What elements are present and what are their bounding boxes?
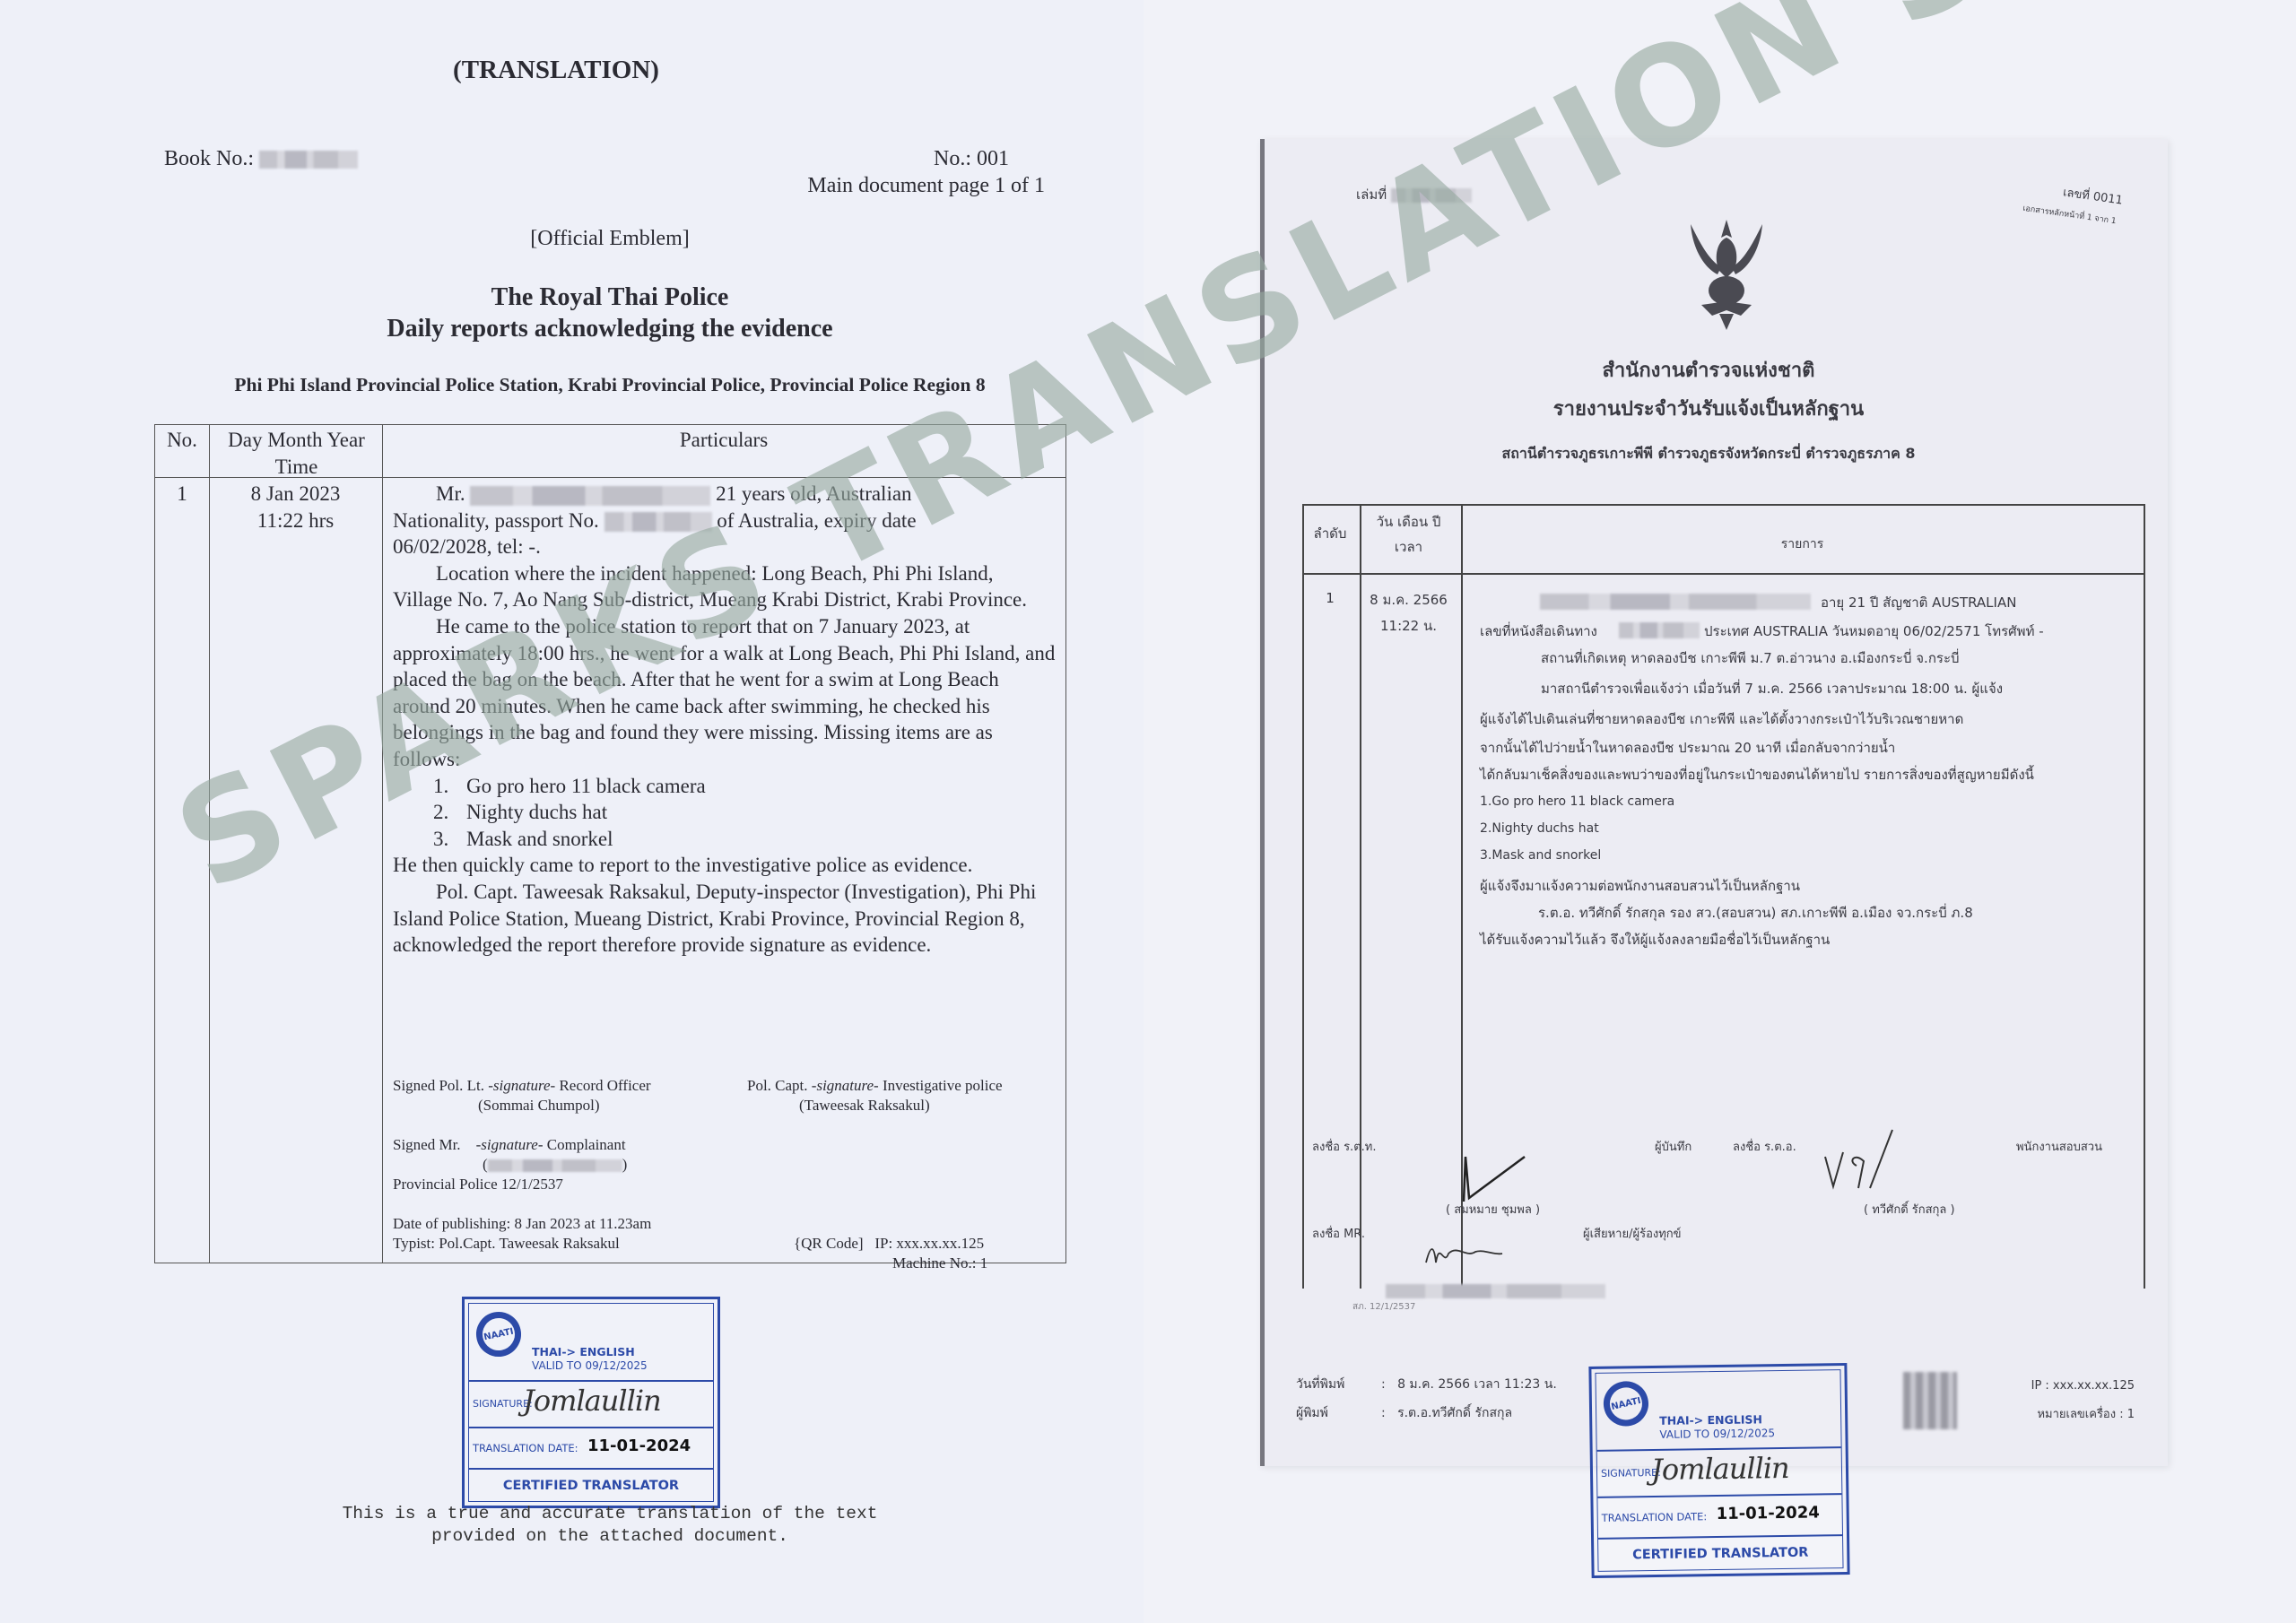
sig-prefix: Signed Pol. Lt. bbox=[393, 1077, 484, 1094]
thai-line: ผู้แจ้งได้ไปเดินเล่นที่ชายหาดลองบีช เกาะ… bbox=[1480, 708, 1963, 730]
book-number-label: Book No.: bbox=[164, 147, 254, 170]
passport-label: Nationality, passport No. bbox=[393, 509, 599, 532]
thai-investigator-prefix: ลงชื่อ ร.ต.อ. bbox=[1733, 1137, 1796, 1156]
thai-system-info: IP : xxx.xx.xx.125 หมายเลขเครื่อง : 1 bbox=[2018, 1372, 2135, 1429]
row-time: 11:22 hrs bbox=[209, 508, 382, 534]
thai-investigator-role: พนักงานสอบสวน bbox=[2016, 1137, 2102, 1156]
thai-machine-number: หมายเลขเครื่อง : 1 bbox=[2018, 1401, 2135, 1429]
translation-date-label: TRANSLATION DATE: bbox=[1602, 1510, 1708, 1524]
column-divider bbox=[382, 425, 383, 1263]
thai-header-date: วัน เดือน ปี เวลา bbox=[1358, 509, 1459, 560]
sig-prefix: Pol. Capt. bbox=[747, 1077, 808, 1094]
thai-header-date-line: วัน เดือน ปี bbox=[1358, 509, 1459, 534]
redacted-complainant-name bbox=[1386, 1284, 1605, 1298]
thai-missing-item: 1.Go pro hero 11 black camera bbox=[1480, 794, 1674, 809]
thai-complainant-prefix: ลงชื่อ MR. bbox=[1312, 1224, 1365, 1243]
translator-signature: Jomlaullin bbox=[523, 1384, 661, 1418]
publish-date: Date of publishing: 8 Jan 2023 at 11.23a… bbox=[393, 1214, 651, 1234]
sig-prefix: Signed Mr. bbox=[393, 1136, 461, 1153]
sig-placeholder: -signature- bbox=[488, 1077, 555, 1094]
translation-date-label: TRANSLATION DATE: bbox=[473, 1442, 578, 1454]
header-no: No. bbox=[155, 427, 209, 454]
document-number: No.: 001 bbox=[897, 147, 1009, 171]
publishing-info: Date of publishing: 8 Jan 2023 at 11.23a… bbox=[393, 1214, 651, 1254]
redacted-book-number bbox=[259, 151, 358, 169]
translator-signature: Jomlaullin bbox=[1651, 1451, 1789, 1487]
thai-report-title: รายงานประจำวันรับแจ้งเป็นหลักฐาน bbox=[1260, 393, 2157, 424]
thai-printer: ร.ต.อ.ทวีศักดิ์ รักสกุล bbox=[1397, 1406, 1512, 1420]
thai-line: ร.ต.อ. ทวีศักดิ์ รักสกุล รอง สว.(สอบสวน)… bbox=[1538, 902, 1973, 924]
qr-code-icon bbox=[1903, 1372, 1957, 1429]
machine-number: Machine No.: 1 bbox=[794, 1254, 987, 1271]
redacted-complainant-name bbox=[488, 1159, 622, 1172]
complainant-signature: Signed Mr. -signature- Complainant () Pr… bbox=[393, 1135, 627, 1194]
passport-expiry: of Australia, expiry date bbox=[717, 509, 916, 532]
sig-role: Investigative police bbox=[883, 1077, 1003, 1094]
thai-header-no: ลำดับ bbox=[1302, 523, 1358, 544]
thai-header-time-line: เวลา bbox=[1358, 534, 1459, 560]
certified-translator-stamp: NAATI THAI-> ENGLISH VALID TO 09/12/2025… bbox=[1588, 1363, 1849, 1578]
sig-name: (Sommai Chumpol) bbox=[393, 1097, 600, 1114]
thai-ip-address: IP : xxx.xx.xx.125 bbox=[2018, 1372, 2135, 1401]
thai-row-datetime: 8 ม.ค. 2566 11:22 น. bbox=[1358, 587, 1459, 639]
thai-print-info-values: : 8 ม.ค. 2566 เวลา 11:23 น. : ร.ต.อ.ทวีศ… bbox=[1381, 1370, 1557, 1428]
garuda-emblem-icon bbox=[1682, 215, 1771, 332]
typist: Typist: Pol.Capt. Taweesak Raksakul bbox=[393, 1234, 651, 1254]
emblem-placeholder: [Official Emblem] bbox=[0, 227, 1220, 251]
thai-missing-item: 2.Nighty duchs hat bbox=[1480, 821, 1599, 836]
thai-row-date: 8 ม.ค. 2566 bbox=[1358, 587, 1459, 613]
thai-record-officer-prefix: ลงชื่อ ร.ต.ท. bbox=[1312, 1137, 1376, 1156]
header-divider bbox=[1304, 573, 2144, 575]
station-name: Phi Phi Island Provincial Police Station… bbox=[0, 374, 1220, 396]
thai-form-reference: สภ. 12/1/2537 bbox=[1352, 1300, 1415, 1314]
thai-book-label: เล่มที่ bbox=[1356, 187, 1387, 203]
language-pair: THAI-> ENGLISH bbox=[532, 1345, 635, 1358]
redacted-passport bbox=[604, 512, 712, 532]
sig-placeholder: -signature- bbox=[476, 1136, 544, 1153]
header-particulars: Particulars bbox=[382, 427, 1065, 454]
header-date: Day Month Year Time bbox=[218, 427, 375, 481]
missing-item: Go pro hero 11 black camera bbox=[454, 773, 1057, 800]
handwritten-signature-icon bbox=[1821, 1125, 1928, 1197]
thai-complainant-role: ผู้เสียหาย/ผู้ร้องทุกข์ bbox=[1583, 1224, 1682, 1243]
thai-print-date: 8 ม.ค. 2566 เวลา 11:23 น. bbox=[1397, 1377, 1557, 1392]
incident-description: He came to the police station to report … bbox=[393, 613, 1057, 773]
officer-acknowledgement: Pol. Capt. Taweesak Raksakul, Deputy-ins… bbox=[393, 879, 1057, 959]
thai-line: จากนั้นได้ไปว่ายน้ำในหาดลองบีช ประมาณ 20… bbox=[1480, 737, 1895, 759]
ip-address: IP: xxx.xx.xx.125 bbox=[874, 1235, 984, 1252]
page-count: Main document page 1 of 1 bbox=[735, 174, 1045, 198]
thai-organization-name: สำนักงานตำรวจแห่งชาติ bbox=[1260, 354, 2157, 386]
thai-header-particulars: รายการ bbox=[1459, 534, 2145, 554]
thai-line: อายุ 21 ปี สัญชาติ AUSTRALIAN bbox=[1821, 592, 2016, 613]
thai-missing-item: 3.Mask and snorkel bbox=[1480, 848, 1601, 863]
row-particulars: Mr. 21 years old, Australian Nationality… bbox=[393, 481, 1057, 959]
thai-print-info-labels: วันที่พิมพ์ ผู้พิมพ์ bbox=[1296, 1370, 1344, 1428]
row-number: 1 bbox=[155, 481, 209, 508]
book-number: Book No.: bbox=[164, 147, 358, 171]
thai-line: สถานที่เกิดเหตุ หาดลองบีช เกาะพีพี ม.7 ต… bbox=[1541, 647, 1960, 669]
report-heading: The Royal Thai Police Daily reports ackn… bbox=[0, 282, 1220, 344]
age-nationality: 21 years old, Australian bbox=[716, 482, 911, 505]
handwritten-signature-icon bbox=[1422, 1236, 1511, 1271]
system-info: {QR Code] IP: xxx.xx.xx.125 Machine No.:… bbox=[794, 1234, 987, 1273]
report-table: No. Day Month Year Time Particulars 1 8 … bbox=[154, 424, 1066, 1263]
translation-date: 11-01-2024 bbox=[1717, 1503, 1820, 1523]
sig-role: Complainant bbox=[547, 1136, 626, 1153]
valid-to: VALID TO 09/12/2025 bbox=[532, 1359, 648, 1372]
thai-book-number: เล่มที่ bbox=[1356, 184, 1472, 205]
record-officer-signature: Signed Pol. Lt. -signature- Record Offic… bbox=[393, 1076, 651, 1115]
handwritten-signature-icon bbox=[1453, 1139, 1561, 1211]
language-pair: THAI-> ENGLISH bbox=[1659, 1412, 1762, 1428]
report-title: Daily reports acknowledging the evidence bbox=[0, 313, 1220, 344]
redacted-passport bbox=[1619, 622, 1700, 638]
thai-line: มาสถานีตำรวจเพื่อแจ้งว่า เมื่อวันที่ 7 ม… bbox=[1541, 678, 2003, 699]
row-datetime: 8 Jan 2023 11:22 hrs bbox=[209, 481, 382, 534]
certified-label: CERTIFIED TRANSLATOR bbox=[469, 1470, 713, 1501]
column-divider bbox=[209, 425, 210, 1263]
thai-line: เลขที่หนังสือเดินทาง bbox=[1480, 621, 1597, 642]
report-statement: He then quickly came to report to the in… bbox=[393, 852, 1057, 879]
thai-line: ผู้แจ้งจึงมาแจ้งความต่อพนักงานสอบสวนไว้เ… bbox=[1480, 875, 1800, 897]
sig-name: (Taweesak Raksakul) bbox=[747, 1097, 930, 1114]
thai-record-officer-role: ผู้บันทึก bbox=[1655, 1137, 1692, 1156]
title-prefix: Mr. bbox=[436, 482, 465, 505]
sig-placeholder: -signature- bbox=[812, 1077, 879, 1094]
missing-items-list: Go pro hero 11 black camera Nighty duchs… bbox=[393, 773, 1057, 853]
thai-printer-label: ผู้พิมพ์ bbox=[1296, 1399, 1344, 1428]
thai-row-time: 11:22 น. bbox=[1358, 613, 1459, 639]
missing-item: Nighty duchs hat bbox=[454, 799, 1057, 826]
translation-date: 11-01-2024 bbox=[587, 1436, 691, 1455]
passport-info: Nationality, passport No. of Australia, … bbox=[393, 508, 1057, 534]
incident-location: Location where the incident happened: Lo… bbox=[393, 560, 1057, 613]
thai-line: ได้กลับมาเช็คสิ่งของและพบว่าของที่อยู่ใน… bbox=[1480, 764, 2034, 785]
thai-investigator-name: ( ทวีศักดิ์ รักสกุล ) bbox=[1864, 1200, 1955, 1219]
naati-logo-icon: NAATI bbox=[472, 1307, 525, 1360]
form-reference: Provincial Police 12/1/2537 bbox=[393, 1176, 563, 1193]
investigator-signature: Pol. Capt. -signature- Investigative pol… bbox=[747, 1076, 1003, 1115]
document-heading: (TRANSLATION) bbox=[0, 56, 1112, 85]
complainant-info: Mr. 21 years old, Australian bbox=[393, 481, 1057, 508]
translation-certification-note: This is a true and accurate translation … bbox=[341, 1503, 879, 1548]
thai-line: ได้รับแจ้งความไว้แล้ว จึงให้ผู้แจ้งลงลาย… bbox=[1480, 929, 1830, 950]
thai-station-name: สถานีตำรวจภูธรเกาะพีพี ตำรวจภูธรจังหวัดก… bbox=[1260, 443, 2157, 465]
qr-code-note: {QR Code] bbox=[794, 1235, 864, 1252]
sig-role: Record Officer bbox=[559, 1077, 650, 1094]
redacted-name bbox=[1540, 594, 1811, 610]
thai-print-date-label: วันที่พิมพ์ bbox=[1296, 1370, 1344, 1399]
organization-name: The Royal Thai Police bbox=[0, 282, 1220, 313]
missing-item: Mask and snorkel bbox=[454, 826, 1057, 853]
certified-translator-stamp: NAATI THAI-> ENGLISH VALID TO 09/12/2025… bbox=[462, 1297, 720, 1508]
translation-page: (TRANSLATION) Book No.: No.: 001 Main do… bbox=[0, 0, 1144, 1623]
certified-label: CERTIFIED TRANSLATOR bbox=[1598, 1536, 1842, 1571]
thai-line: ประเทศ AUSTRALIA วันหมดอายุ 06/02/2571 โ… bbox=[1704, 621, 2044, 642]
row-date: 8 Jan 2023 bbox=[209, 481, 382, 508]
tel-info: 06/02/2028, tel: -. bbox=[393, 534, 1057, 560]
naati-logo-icon: NAATI bbox=[1599, 1377, 1653, 1431]
thai-row-number: 1 bbox=[1302, 590, 1358, 606]
redacted-book-number bbox=[1391, 188, 1472, 203]
redacted-name bbox=[470, 486, 710, 506]
valid-to: VALID TO 09/12/2025 bbox=[1659, 1427, 1775, 1441]
